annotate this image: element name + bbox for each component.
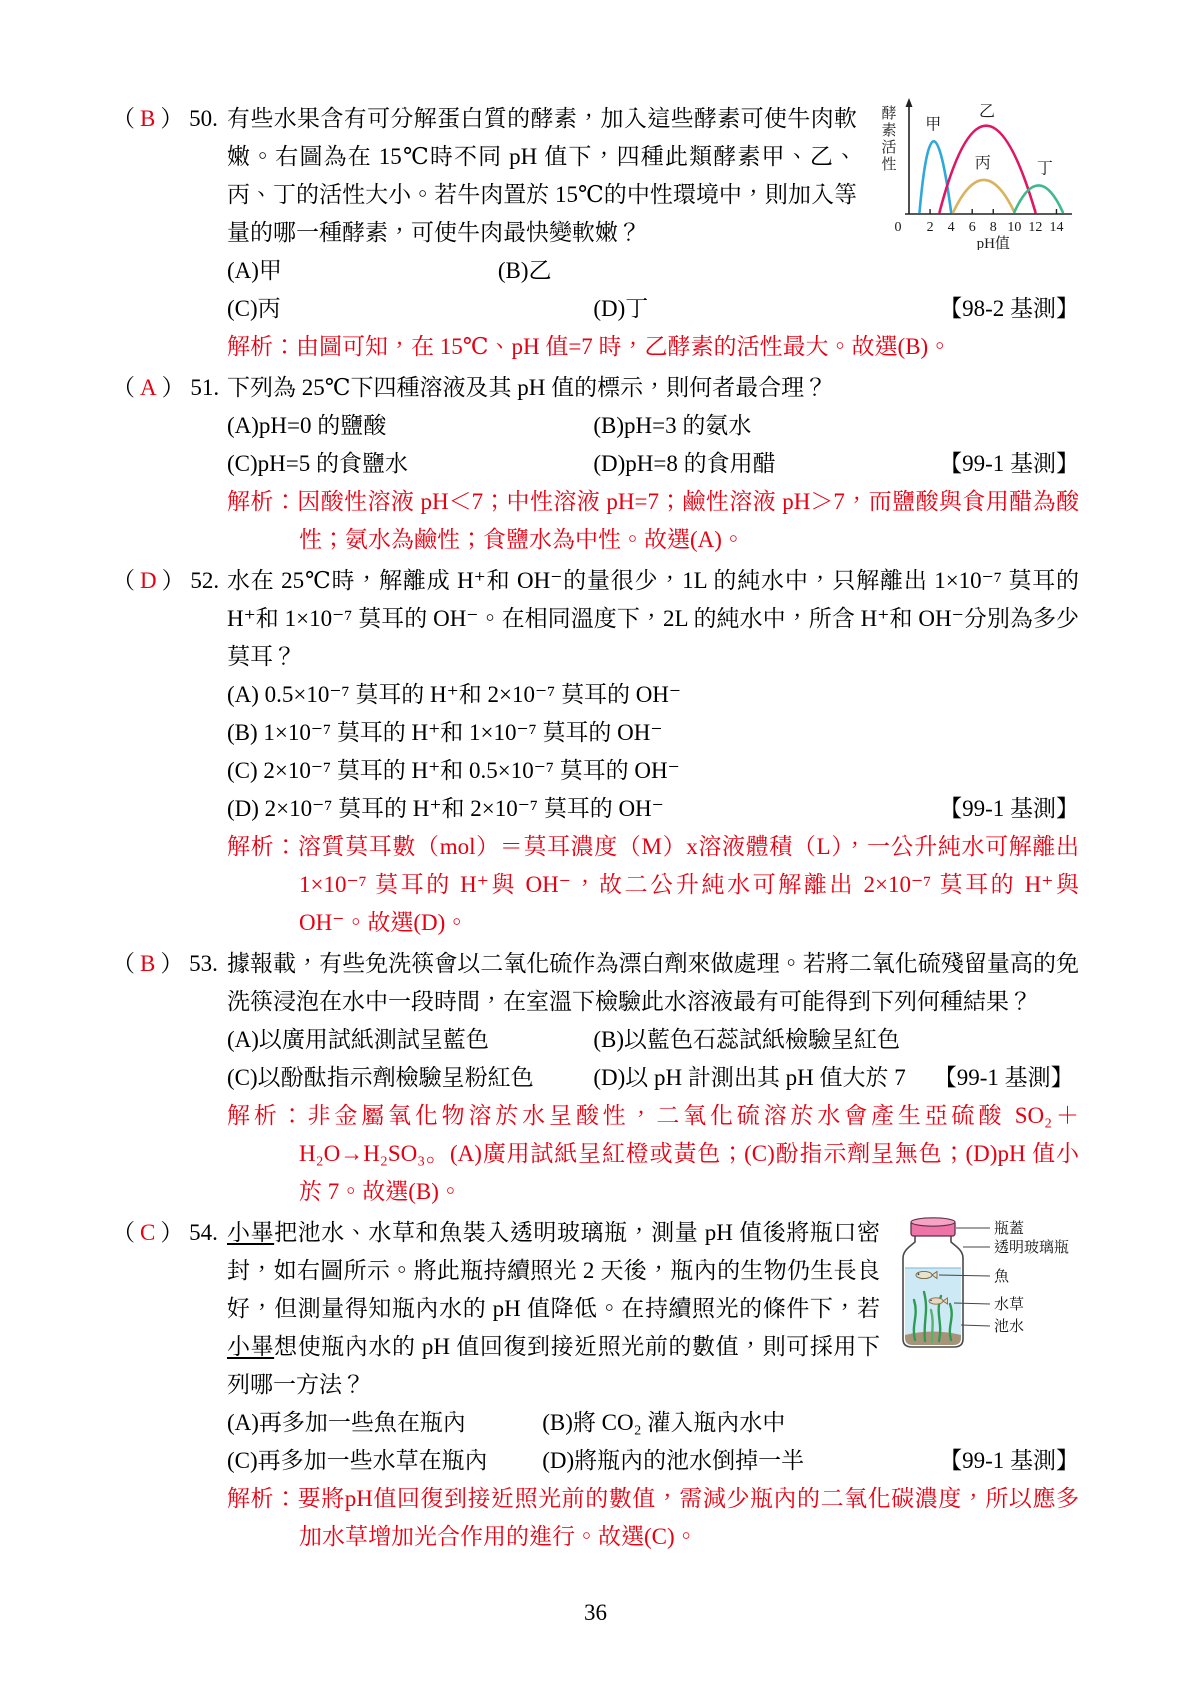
paren-close: ） [162,375,185,400]
svg-text:12: 12 [1028,220,1042,235]
question-content: 下列為 25℃下四種溶液及其 pH 值的標示，則何者最合理？ (A)pH=0 的… [227,369,1079,559]
svg-text:8: 8 [990,220,997,235]
option-b: (B)以藍色石蕊試紙檢驗呈紅色 [593,1021,900,1059]
option-row: (C)pH=5 的食鹽水 (D)pH=8 的食用醋 【99-1 基測】 [227,445,1079,483]
explanation: 解析：要將pH值回復到接近照光前的數值，需減少瓶內的二氧化碳濃度，所以應多加水草… [227,1480,1079,1556]
source-tag: 【99-1 基測】 [939,445,1079,483]
page-number: 36 [0,1594,1191,1632]
svg-text:10: 10 [1007,220,1021,235]
answer-marker: （A） 51. [112,369,227,559]
paren-close: ） [160,1220,183,1245]
sealed-bottle-figure: 瓶蓋 透明玻璃瓶 魚 水草 池水 [894,1216,1079,1354]
answer-marker: （D） 52. [112,562,227,942]
explanation-text: 溶質莫耳數（mol）＝莫耳濃度（M）x溶液體積（L），一公升純水可解離出 1×1… [298,834,1079,935]
question-54: （C） 54. [112,1214,1079,1556]
option-row: (A)以廣用試紙測試呈藍色 (B)以藍色石蕊試紙檢驗呈紅色 [227,1021,1079,1059]
figure-labels: 瓶蓋 透明玻璃瓶 魚 水草 池水 [994,1219,1069,1335]
question-51: （A） 51. 下列為 25℃下四種溶液及其 pH 值的標示，則何者最合理？ (… [112,369,1079,559]
option-b: (B)乙 [498,252,552,290]
paren-open: （ [112,106,135,131]
option-a: (A)再多加一些魚在瓶內 [227,1404,542,1442]
question-stem: 水在 25℃時，解離成 H⁺和 OH⁻的量很少，1L 的純水中，只解離出 1×1… [227,562,1079,676]
svg-text:丙: 丙 [975,154,991,172]
option-d: (D)pH=8 的食用醋 [593,445,775,483]
option-d: (D)丁 [593,290,648,328]
svg-text:14: 14 [1049,220,1063,235]
label-glass-bottle: 透明玻璃瓶 [994,1239,1069,1256]
option-row: (A)甲 (B)乙 [227,252,857,290]
paren-open: （ [112,568,135,593]
answer-letter: A [140,375,157,400]
source-tag: 【99-1 基測】 [939,790,1079,828]
option-row: (A)再多加一些魚在瓶內 (B)將 CO₂ 灌入瓶內水中 [227,1404,1079,1442]
option-a: (A)甲 [227,252,498,290]
option-d: (D)將瓶內的池水倒掉一半 [542,1442,804,1480]
source-tag: 【99-1 基測】 [939,1442,1079,1480]
explanation-text: 非金屬氧化物溶於水呈酸性，二氧化硫溶於水會產生亞硫酸 SO₂＋H₂O→H₂SO₃… [299,1103,1079,1204]
svg-text:酵: 酵 [881,105,896,122]
option-c: (C)丙 [227,290,593,328]
question-content: 瓶蓋 透明玻璃瓶 魚 水草 池水 小畢把池水、水草和魚裝入透明玻璃瓶，測量 pH… [227,1214,1079,1556]
question-number: 51. [190,375,219,400]
bottle-cap [911,1218,955,1236]
explanation-label: 解析： [227,334,296,359]
explanation-text: 要將pH值回復到接近照光前的數值，需減少瓶內的二氧化碳濃度，所以應多加水草增加光… [298,1486,1079,1549]
question-number: 52. [190,568,219,593]
svg-text:pH值: pH值 [977,235,1010,250]
svg-text:6: 6 [969,220,976,235]
paren-open: （ [112,951,135,976]
option-row: (A) 0.5×10⁻⁷ 莫耳的 H⁺和 2×10⁻⁷ 莫耳的 OH⁻ [227,676,1079,714]
question-content: 水在 25℃時，解離成 H⁺和 OH⁻的量很少，1L 的純水中，只解離出 1×1… [227,562,1079,942]
answer-letter: B [140,951,155,976]
paren-close: ） [160,951,183,976]
answer-letter: B [140,106,155,131]
enzyme-activity-chart: 24681012140pH值酵素活性甲乙丙丁 [871,92,1079,250]
svg-text:乙: 乙 [979,103,995,120]
paren-open: （ [112,375,135,400]
option-b: (B)將 CO₂ 灌入瓶內水中 [542,1404,785,1442]
answer-letter: D [140,568,157,593]
option-c: (C)以酚酞指示劑檢驗呈粉紅色 [227,1059,593,1097]
option-row: (B) 1×10⁻⁷ 莫耳的 H⁺和 1×10⁻⁷ 莫耳的 OH⁻ [227,714,1079,752]
question-52: （D） 52. 水在 25℃時，解離成 H⁺和 OH⁻的量很少，1L 的純水中，… [112,562,1079,942]
option-c: (C) 2×10⁻⁷ 莫耳的 H⁺和 0.5×10⁻⁷ 莫耳的 OH⁻ [227,752,680,790]
explanation-text: 因酸性溶液 pH＜7；中性溶液 pH=7；鹼性溶液 pH＞7，而鹽酸與食用醋為酸… [297,489,1079,552]
source-tag: 【98-2 基測】 [939,290,1079,328]
option-row: (C)再多加一些水草在瓶內 (D)將瓶內的池水倒掉一半 【99-1 基測】 [227,1442,1079,1480]
question-53: （B） 53. 據報載，有些免洗筷會以二氧化硫作為漂白劑來做處理。若將二氧化硫殘… [112,945,1079,1211]
option-b: (B) 1×10⁻⁷ 莫耳的 H⁺和 1×10⁻⁷ 莫耳的 OH⁻ [227,714,663,752]
explanation: 解析：非金屬氧化物溶於水呈酸性，二氧化硫溶於水會產生亞硫酸 SO₂＋H₂O→H₂… [227,1097,1079,1211]
question-stem: 下列為 25℃下四種溶液及其 pH 值的標示，則何者最合理？ [227,369,1079,407]
question-content: 24681012140pH值酵素活性甲乙丙丁 有些水果含有可分解蛋白質的酵素，加… [227,100,1079,366]
paren-open: （ [112,1220,135,1245]
question-number: 53. [189,951,218,976]
svg-text:素: 素 [881,122,896,139]
svg-text:甲: 甲 [925,115,941,133]
answer-marker: （B） 53. [112,945,227,1211]
label-fish: 魚 [994,1268,1010,1285]
explanation: 解析：因酸性溶液 pH＜7；中性溶液 pH=7；鹼性溶液 pH＞7，而鹽酸與食用… [227,483,1079,559]
label-pond-water: 池水 [994,1317,1024,1335]
answer-letter: C [140,1220,155,1245]
option-row: (C)以酚酞指示劑檢驗呈粉紅色 (D)以 pH 計測出其 pH 值大於 7 【9… [227,1059,1079,1097]
svg-text:活: 活 [881,139,896,156]
explanation-label: 解析： [227,1103,308,1128]
source-tag: 【99-1 基測】 [934,1059,1074,1097]
option-c: (C)再多加一些水草在瓶內 [227,1442,542,1480]
paren-close: ） [162,568,185,593]
option-row: (D) 2×10⁻⁷ 莫耳的 H⁺和 2×10⁻⁷ 莫耳的 OH⁻ 【99-1 … [227,790,1079,828]
question-number: 54. [189,1220,218,1245]
paren-close: ） [160,106,183,131]
svg-text:丁: 丁 [1037,160,1053,178]
option-row: (C)丙 (D)丁 【98-2 基測】 [227,290,1079,328]
explanation-label: 解析： [227,489,297,514]
explanation-text: 由圖可知，在 15℃、pH 值=7 時，乙酵素的活性最大。故選(B)。 [296,334,951,359]
question-number: 50. [189,106,218,131]
option-a: (A)以廣用試紙測試呈藍色 [227,1021,593,1059]
option-row: (A)pH=0 的鹽酸 (B)pH=3 的氨水 [227,407,1079,445]
question-content: 據報載，有些免洗筷會以二氧化硫作為漂白劑來做處理。若將二氧化硫殘留量高的免洗筷浸… [227,945,1079,1211]
question-stem: 據報載，有些免洗筷會以二氧化硫作為漂白劑來做處理。若將二氧化硫殘留量高的免洗筷浸… [227,945,1079,1021]
answer-marker: （B） 50. [112,100,227,366]
option-c: (C)pH=5 的食鹽水 [227,445,593,483]
svg-text:0: 0 [895,220,902,235]
svg-text:性: 性 [881,156,896,173]
option-d: (D)以 pH 計測出其 pH 值大於 7 [593,1059,905,1097]
explanation-label: 解析： [227,1486,298,1511]
option-d: (D) 2×10⁻⁷ 莫耳的 H⁺和 2×10⁻⁷ 莫耳的 OH⁻ [227,790,664,828]
option-row: (C) 2×10⁻⁷ 莫耳的 H⁺和 0.5×10⁻⁷ 莫耳的 OH⁻ [227,752,1079,790]
label-water-plant: 水草 [994,1295,1024,1313]
svg-text:2: 2 [927,220,934,235]
exam-page: （B） 50. 24681012140pH值酵素活性甲乙丙丁 有些水果含有可分解… [0,0,1191,1684]
option-a: (A) 0.5×10⁻⁷ 莫耳的 H⁺和 2×10⁻⁷ 莫耳的 OH⁻ [227,676,681,714]
option-a: (A)pH=0 的鹽酸 [227,407,593,445]
answer-marker: （C） 54. [112,1214,227,1556]
label-bottle-cap: 瓶蓋 [994,1219,1024,1237]
question-50: （B） 50. 24681012140pH值酵素活性甲乙丙丁 有些水果含有可分解… [112,100,1079,366]
explanation-label: 解析： [227,834,298,859]
svg-text:4: 4 [948,220,955,235]
option-b: (B)pH=3 的氨水 [593,407,751,445]
explanation: 解析：由圖可知，在 15℃、pH 值=7 時，乙酵素的活性最大。故選(B)。 [227,328,1079,366]
explanation: 解析：溶質莫耳數（mol）＝莫耳濃度（M）x溶液體積（L），一公升純水可解離出 … [227,828,1079,942]
